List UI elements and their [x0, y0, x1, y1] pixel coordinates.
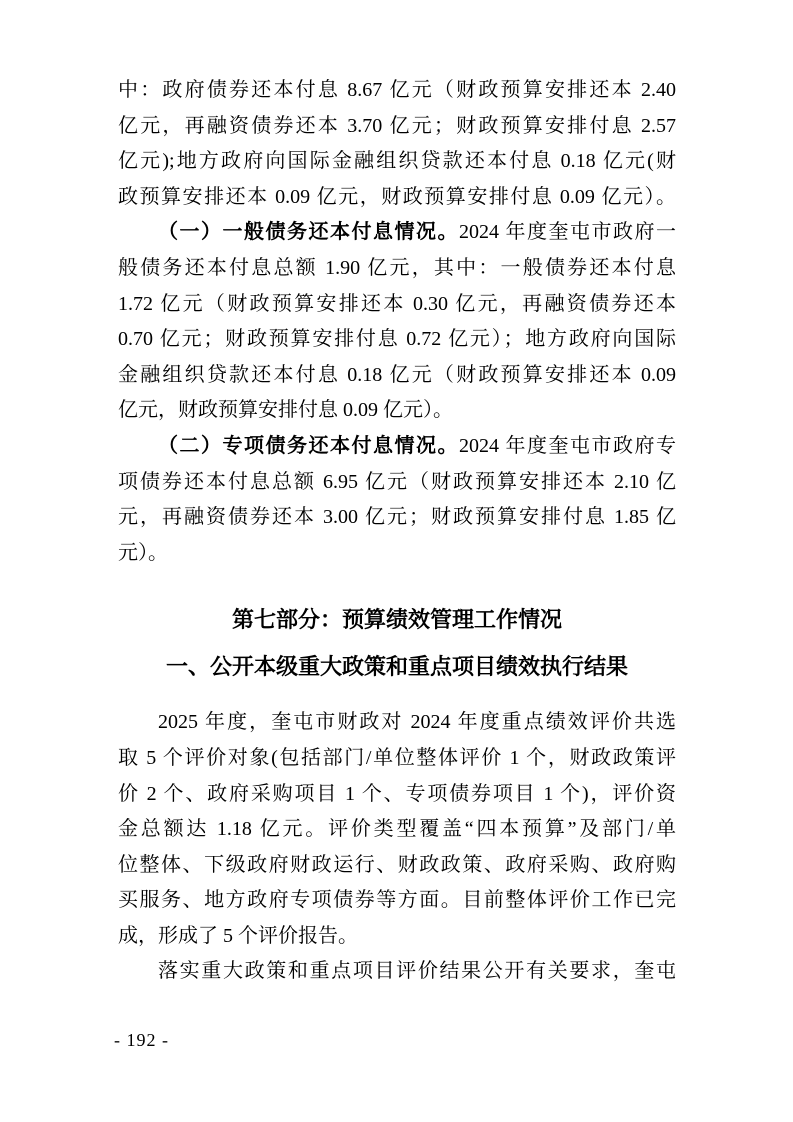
text-line: 金总额达 1.18 亿元。评价类型覆盖“四本预算”及部门/单 — [118, 812, 676, 848]
text-line: 元，再融资债券还本 3.00 亿元；财政预算安排付息 1.85 亿 — [118, 500, 676, 536]
page-number: - 192 - — [114, 1030, 169, 1051]
text-line: 亿元，再融资债券还本 3.70 亿元；财政预算安排付息 2.57 — [118, 109, 676, 145]
paragraph-special-debt: （二）专项债务还本付息情况。2024 年度奎屯市政府专 项债券还本付息总额 6.… — [118, 429, 676, 571]
text-line: 金融组织贷款还本付息 0.18 亿元（财政预算安排还本 0.09 — [118, 358, 676, 394]
text-line: 亿元);地方政府向国际金融组织贷款还本付息 0.18 亿元(财 — [118, 144, 676, 180]
text-line: 1.72 亿元（财政预算安排还本 0.30 亿元，再融资债券还本 — [118, 287, 676, 323]
text-line: 中：政府债券还本付息 8.67 亿元（财政预算安排还本 2.40 — [118, 73, 676, 109]
text-line: 项债券还本付息总额 6.95 亿元（财政预算安排还本 2.10 亿 — [118, 465, 676, 501]
page-body: 中：政府债券还本付息 8.67 亿元（财政预算安排还本 2.40 亿元，再融资债… — [118, 73, 676, 990]
text-line: 买服务、地方政府专项债券等方面。目前整体评价工作已完 — [118, 883, 676, 919]
text-line: 成，形成了 5 个评价报告。 — [118, 919, 676, 955]
text-line: 落实重大政策和重点项目评价结果公开有关要求，奎屯 — [118, 954, 676, 990]
text-line: 2025 年度，奎屯市财政对 2024 年度重点绩效评价共选 — [118, 705, 676, 741]
paragraph-results-disclosure: 落实重大政策和重点项目评价结果公开有关要求，奎屯 — [118, 954, 676, 990]
paragraph-performance-evaluation: 2025 年度，奎屯市财政对 2024 年度重点绩效评价共选 取 5 个评价对象… — [118, 705, 676, 954]
text-line: 价 2 个、政府采购项目 1 个、专项债券项目 1 个)，评价资 — [118, 777, 676, 813]
subsection-heading: 一、公开本级重大政策和重点项目绩效执行结果 — [118, 652, 676, 682]
document-page: 中：政府债券还本付息 8.67 亿元（财政预算安排还本 2.40 亿元，再融资债… — [0, 0, 793, 1122]
text-line: 亿元，财政预算安排付息 0.09 亿元）。 — [118, 393, 676, 429]
text-line: （二）专项债务还本付息情况。2024 年度奎屯市政府专 — [118, 429, 676, 465]
lead-tail-text: 2024 年度奎屯市政府一 — [459, 221, 676, 243]
subsection-lead: （一）一般债务还本付息情况。 — [158, 221, 459, 243]
section-heading: 第七部分：预算绩效管理工作情况 — [118, 605, 676, 635]
text-line: 位整体、下级政府财政运行、财政政策、政府采购、政府购 — [118, 848, 676, 884]
lead-tail-text: 2024 年度奎屯市政府专 — [459, 435, 676, 457]
text-line: 元）。 — [118, 536, 676, 572]
text-line: 政预算安排还本 0.09 亿元，财政预算安排付息 0.09 亿元）。 — [118, 180, 676, 216]
text-line: 取 5 个评价对象(包括部门/单位整体评价 1 个，财政政策评 — [118, 741, 676, 777]
subsection-lead: （二）专项债务还本付息情况。 — [158, 435, 459, 457]
text-line: 0.70 亿元；财政预算安排付息 0.72 亿元）；地方政府向国际 — [118, 322, 676, 358]
paragraph-general-debt: （一）一般债务还本付息情况。2024 年度奎屯市政府一 般债务还本付息总额 1.… — [118, 215, 676, 429]
text-line: （一）一般债务还本付息情况。2024 年度奎屯市政府一 — [118, 215, 676, 251]
text-line: 般债务还本付息总额 1.90 亿元，其中：一般债券还本付息 — [118, 251, 676, 287]
paragraph-debt-service-overview: 中：政府债券还本付息 8.67 亿元（财政预算安排还本 2.40 亿元，再融资债… — [118, 73, 676, 215]
